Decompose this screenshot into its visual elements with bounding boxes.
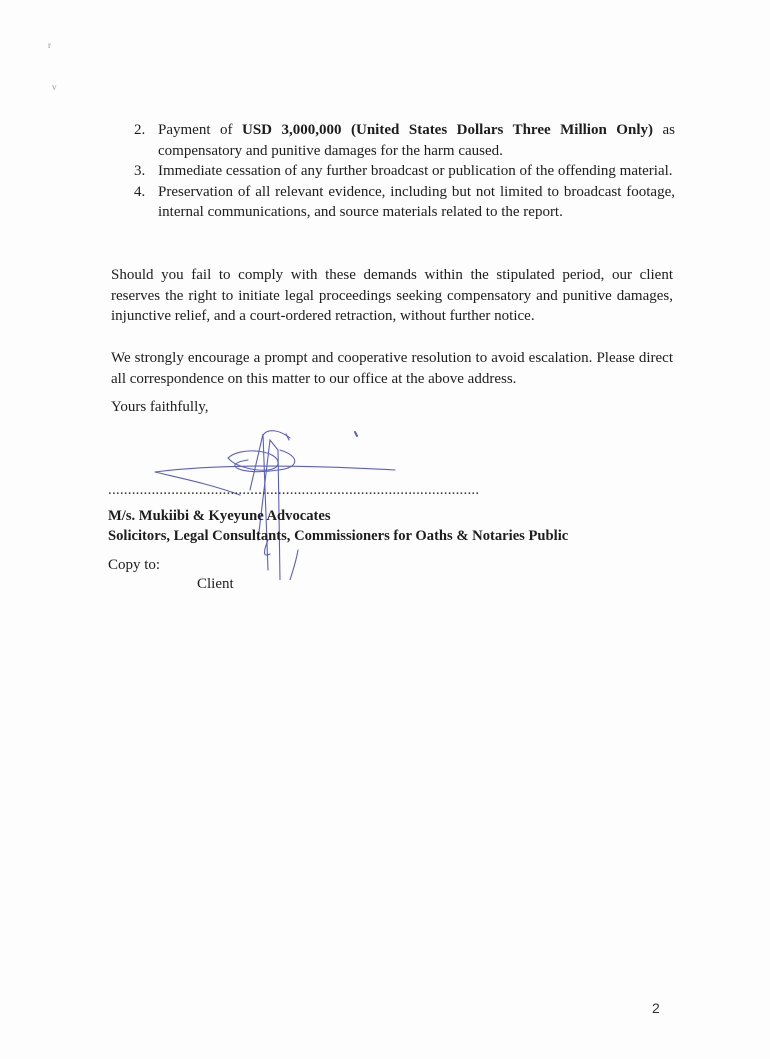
demand-item: 2. Payment of USD 3,000,000 (United Stat…: [110, 120, 675, 161]
copy-to-recipient: Client: [197, 576, 234, 593]
scan-speck: v: [52, 82, 57, 92]
demand-number: 2.: [134, 120, 145, 141]
letter-page: r v 2. Payment of USD 3,000,000 (United …: [0, 0, 770, 1059]
page-number: 2: [652, 1000, 660, 1016]
demand-number: 3.: [134, 161, 145, 182]
copy-to-label: Copy to:: [108, 557, 160, 574]
resolution-paragraph: We strongly encourage a prompt and coope…: [111, 348, 673, 389]
firm-block: M/s. Mukiibi & Kyeyune Advocates Solicit…: [108, 506, 568, 546]
firm-description: Solicitors, Legal Consultants, Commissio…: [108, 526, 568, 546]
signature-icon: [150, 420, 410, 580]
firm-name: M/s. Mukiibi & Kyeyune Advocates: [108, 506, 568, 526]
signature-line: ........................................…: [108, 482, 479, 499]
demands-list: 2. Payment of USD 3,000,000 (United Stat…: [110, 120, 675, 223]
demand-item: 3. Immediate cessation of any further br…: [110, 161, 675, 182]
scan-speck: r: [48, 40, 51, 50]
demand-amount: USD 3,000,000 (United States Dollars Thr…: [242, 122, 653, 138]
demand-item: 4. Preservation of all relevant evidence…: [110, 182, 675, 223]
demand-number: 4.: [134, 182, 145, 203]
closing-salutation: Yours faithfully,: [111, 399, 209, 416]
consequence-paragraph: Should you fail to comply with these dem…: [111, 265, 673, 327]
